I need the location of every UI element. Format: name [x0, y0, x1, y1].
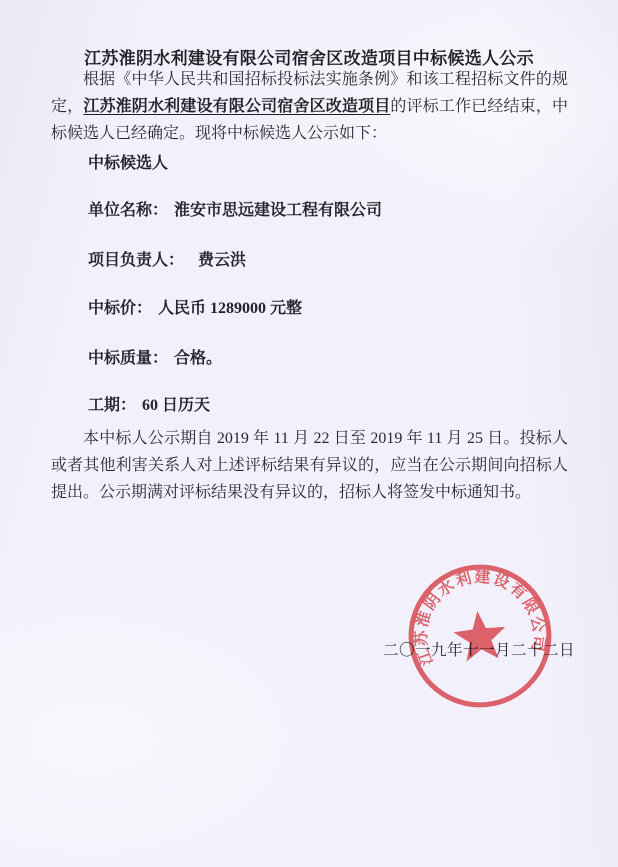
field-label: 工期： — [88, 397, 136, 414]
field-duration: 工期：60 日历天 — [88, 392, 210, 415]
field-label: 单位名称： — [88, 202, 168, 219]
field-quality: 中标质量：合格。 — [88, 345, 222, 368]
official-seal: 江苏淮阴水利建设有限公司 — [391, 547, 569, 725]
field-value: 淮安市思远建设工程有限公司 — [174, 202, 382, 219]
field-value: 合格。 — [174, 350, 222, 367]
field-value: 费云洪 — [198, 252, 246, 269]
field-value: 人民币 1289000 元整 — [158, 300, 302, 317]
project-name-emphasis: 江苏淮阴水利建设有限公司宿舍区改造项目 — [83, 98, 390, 115]
field-company-name: 单位名称：淮安市思远建设工程有限公司 — [88, 197, 382, 220]
star-icon — [451, 608, 508, 663]
field-bid-price: 中标价：人民币 1289000 元整 — [88, 295, 302, 318]
field-label: 中标质量： — [88, 350, 168, 367]
closing-paragraph: 本中标人公示期自 2019 年 11 月 22 日至 2019 年 11 月 2… — [51, 425, 568, 506]
section-heading-candidate: 中标候选人 — [88, 150, 168, 173]
field-value: 60 日历天 — [142, 397, 210, 414]
intro-paragraph: 根据《中华人民共和国招标投标法实施条例》和该工程招标文件的规定，江苏淮阴水利建设… — [51, 66, 568, 147]
scanned-announcement-page: 江苏淮阴水利建设有限公司宿舍区改造项目中标候选人公示 根据《中华人民共和国招标投… — [0, 0, 618, 867]
field-label: 中标价： — [88, 300, 152, 317]
field-project-manager: 项目负责人：费云洪 — [88, 247, 246, 270]
field-label: 项目负责人： — [88, 252, 184, 269]
